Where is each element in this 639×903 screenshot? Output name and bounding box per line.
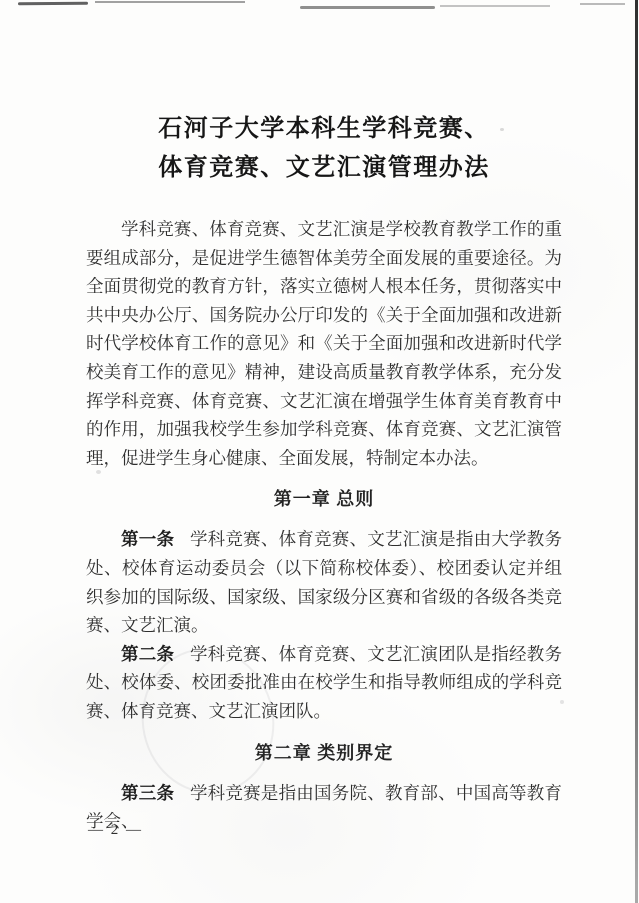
article-1-paragraph: 第一条学科竞赛、体育竞赛、文艺汇演是指由大学教务处、校体育运动委员会（以下简称校… (86, 525, 562, 639)
article-3-paragraph: 第三条学科竞赛是指由国务院、教育部、中国高等教育学会、 (86, 779, 562, 836)
document-title-line-2: 体育竞赛、文艺汇演管理办法 (158, 155, 490, 181)
article-2-label: 第二条 (121, 644, 174, 664)
document-title: 石河子大学本科生学科竞赛、 体育竞赛、文艺汇演管理办法 (86, 110, 562, 188)
article-2-paragraph: 第二条学科竞赛、体育竞赛、文艺汇演团队是指经教务处、校体委、校团委批准由在校学生… (86, 640, 562, 726)
chapter-2-heading: 第二章 类别界定 (86, 739, 562, 767)
document-title-line-1: 石河子大学本科生学科竞赛、 (158, 116, 490, 142)
article-1-label: 第一条 (121, 529, 174, 549)
intro-paragraph: 学科竞赛、体育竞赛、文艺汇演是学校教育教学工作的重要组成部分，是促进学生德智体美… (86, 215, 562, 472)
article-3-label: 第三条 (121, 783, 174, 803)
scan-artifact-top-streak (580, 3, 625, 5)
scan-artifact-top-streak (18, 2, 88, 5)
page-number: — 2 — (88, 822, 143, 839)
scan-artifact-right-edge (635, 0, 638, 903)
scanned-document-page: 石河子大学本科生学科竞赛、 体育竞赛、文艺汇演管理办法 学科竞赛、体育竞赛、文艺… (86, 0, 562, 836)
chapter-1-heading: 第一章 总则 (86, 485, 562, 513)
